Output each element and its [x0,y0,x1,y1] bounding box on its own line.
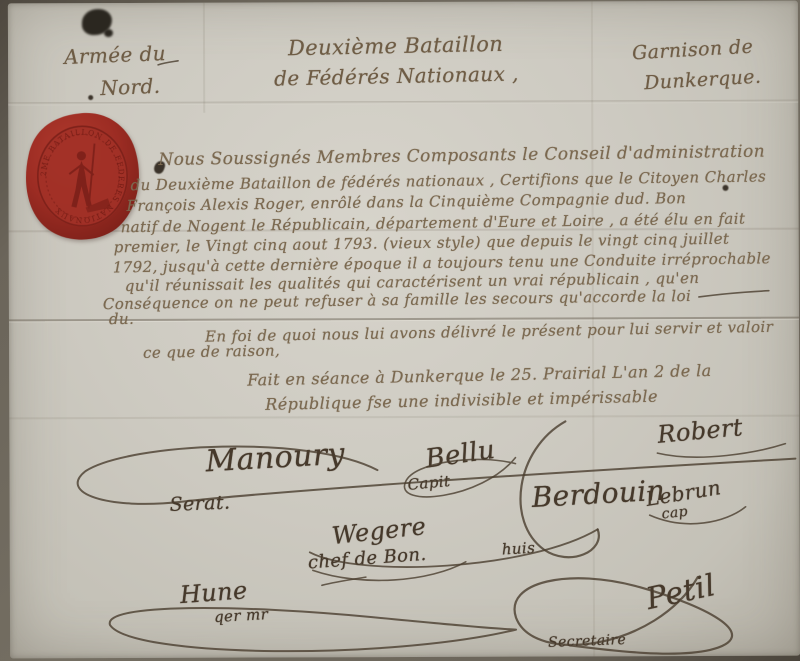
header-corps-line2: Nord. [100,74,161,100]
fold-line [8,100,798,106]
signature-lebrun-role: cap [661,504,689,523]
header-garrison-line2: Dunkerque. [644,66,762,95]
signature-robert: Robert [656,413,744,449]
signature-manoury-role: Serat. [169,492,231,516]
body-line-1: Nous Soussignés Membres Composants le Co… [158,142,765,170]
signature-bellu: Bellu [424,435,497,475]
dateline-line-2: République fse une indivisible et impéri… [265,387,658,414]
body-line-9: du. [109,310,134,328]
flourish-petil-left [110,607,516,652]
signature-berdouin-role: huis [501,539,535,559]
closing-line-2: ce que de raison, [143,341,280,361]
closing-line-1: En foi de quoi nous lui avons délivré le… [205,318,773,346]
signature-petil-role: Secretaire [548,632,627,651]
signature-hune: Hune [179,576,249,609]
flourish-hune-dash [322,577,366,585]
manuscript-paper: 2ME BATAILLON DE FEDERES NATIONAUX Armée… [8,1,800,659]
signature-hune-role: qer mr [214,605,269,626]
fold-line [203,3,205,113]
header-corps-line1: Armée du [64,41,167,69]
header-battalion-line2: de Fédérés Nationaux , [274,61,519,90]
ink-blot [104,29,113,37]
signature-manoury: Manoury [205,437,346,480]
signature-petil: Petil [643,568,719,617]
header-battalion-line1: Deuxième Bataillon [288,32,504,61]
flourish-body-dash [699,291,769,297]
signature-wegere-role: chef de Bon. [307,544,427,574]
signature-bellu-role: Capit [407,472,451,494]
dateline-line-1: Fait en séance à Dunkerque le 25. Prairi… [247,361,712,390]
header-garrison-line1: Garnison de [632,36,754,65]
ink-speck [88,95,93,100]
photograph-background: 2ME BATAILLON DE FEDERES NATIONAUX Armée… [0,0,800,661]
